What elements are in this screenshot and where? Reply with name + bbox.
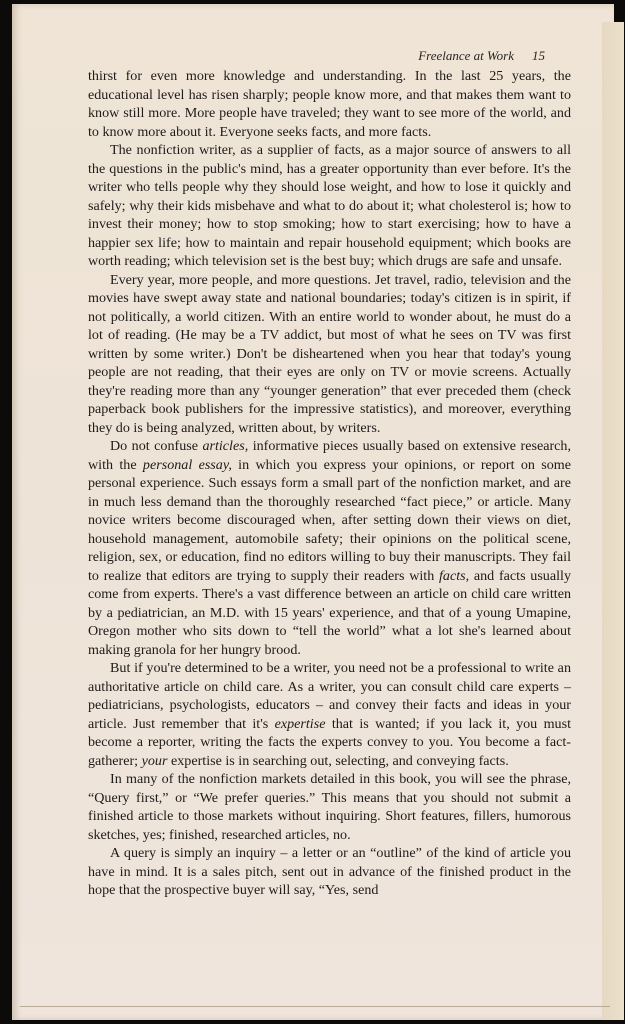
text-run: In many of the nonfiction markets detail… — [88, 771, 571, 843]
text-run: The nonfiction writer, as a supplier of … — [88, 142, 571, 269]
page-edge — [602, 22, 624, 1020]
emphasis: expertise — [275, 716, 326, 732]
paragraph: Do not confuse articles, informative pie… — [88, 437, 571, 659]
text-run: A query is simply an inquiry – a letter … — [88, 845, 571, 898]
text-run: Every year, more people, and more questi… — [88, 272, 571, 436]
text-run: Do not confuse — [110, 438, 202, 454]
body-text: thirst for even more knowledge and under… — [88, 67, 571, 900]
paragraph: thirst for even more knowledge and under… — [88, 67, 571, 141]
paragraph: Every year, more people, and more questi… — [88, 271, 571, 438]
paragraph: But if you're determined to be a writer,… — [88, 659, 571, 770]
emphasis: articles, — [202, 438, 248, 454]
paragraph: In many of the nonfiction markets detail… — [88, 770, 571, 844]
emphasis: facts, — [439, 568, 469, 584]
book-page: Freelance at Work 15 thirst for even mor… — [12, 4, 614, 1020]
bottom-rule — [20, 1006, 610, 1007]
paragraph: A query is simply an inquiry – a letter … — [88, 844, 571, 900]
running-title: Freelance at Work — [418, 48, 514, 64]
paragraph: The nonfiction writer, as a supplier of … — [88, 141, 571, 271]
text-run: expertise is in searching out, selecting… — [167, 753, 508, 769]
emphasis: personal essay, — [143, 457, 232, 473]
text-run: in which you express your opinions, or r… — [88, 457, 571, 584]
emphasis: your — [142, 753, 168, 769]
page-number: 15 — [532, 48, 545, 64]
running-header: Freelance at Work 15 — [418, 48, 545, 64]
text-run: thirst for even more knowledge and under… — [88, 68, 571, 140]
